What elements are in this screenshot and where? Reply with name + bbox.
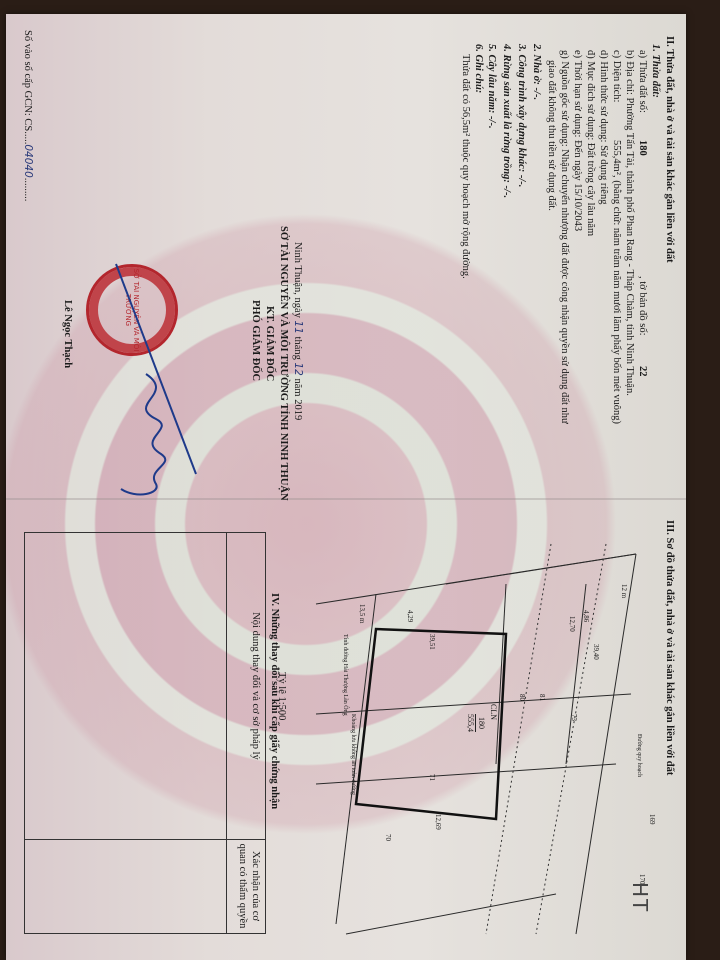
house: 2. Nhà ở: -/-. bbox=[530, 44, 543, 100]
parcel-label-code: CLN bbox=[488, 704, 498, 720]
position-title: PHÓ GIÁM ĐỐC bbox=[249, 300, 262, 381]
certificate-paper: II. Thửa đất, nhà ở và tài sản khác gắn … bbox=[6, 14, 686, 960]
notes-heading: 6. Ghi chú: bbox=[472, 44, 485, 93]
road-label-front: Đường quy hoạch bbox=[635, 734, 643, 777]
signature bbox=[96, 254, 216, 514]
land-heading: 1. Thửa đất: bbox=[649, 44, 662, 98]
registry-value: 04040 bbox=[22, 144, 34, 177]
neighbor-81: 81 bbox=[537, 694, 546, 701]
issue-day: 11 bbox=[292, 321, 304, 334]
notes-text: Thửa đất có 56,5m² thuộc quy hoạch mở rộ… bbox=[459, 54, 472, 279]
col-content-header: Nội dung thay đổi và cơ sở pháp lý bbox=[248, 533, 261, 839]
origin-line-2: giao đất không thu tiền sử dụng đất. bbox=[545, 60, 558, 211]
rotated-content: II. Thửa đất, nhà ở và tài sản khác gắn … bbox=[6, 14, 686, 960]
area-value: 555,4m², (bằng chữ: năm trăm năm mươi lă… bbox=[610, 140, 623, 424]
edge-short-2: 4,29 bbox=[405, 610, 414, 622]
neighbor-70: 70 bbox=[383, 834, 392, 841]
section-ii-title: II. Thửa đất, nhà ở và tài sản khác gắn … bbox=[663, 36, 676, 263]
changes-table: IV. Những thay đổi sau khi cấp giấy chứn… bbox=[24, 532, 266, 934]
neighbor-71: 71 bbox=[427, 774, 436, 781]
neighbor-73: 73 bbox=[569, 714, 578, 721]
road-width-front: 12 m bbox=[619, 584, 628, 598]
perennial-trees: 5. Cây lâu năm: -/-. bbox=[485, 44, 498, 129]
road-width-back: 13,5 m bbox=[357, 604, 366, 623]
edge-top: 39,40 bbox=[591, 644, 600, 660]
edge-left-front: 12,70 bbox=[567, 616, 576, 632]
usage-form: d) Hình thức sử dụng: Sử dụng riêng bbox=[597, 50, 610, 204]
registry-number: Số vào sổ cấp GCN: CS.....04040......... bbox=[21, 30, 34, 201]
parcel-number: 180 bbox=[636, 140, 649, 156]
neighbor-80: 80 bbox=[517, 694, 526, 701]
issue-month: 12 bbox=[292, 363, 304, 376]
edge-bottom: 39,51 bbox=[427, 634, 436, 650]
signer-name: Lê Ngọc Thạch bbox=[61, 300, 74, 368]
map-sheet-label: , tờ bản đồ số: bbox=[636, 276, 649, 336]
parcel-label-number: 180 555,4 bbox=[465, 714, 486, 732]
edge-short-1: 4,86 bbox=[581, 610, 590, 622]
road-label-back: Tỉnh đường Hải Thượng Lãn Ông bbox=[341, 634, 349, 716]
usage-purpose: đ) Mục đích sử dụng: Đất trồng cây lâu n… bbox=[584, 50, 597, 236]
safety-corridor: Khoảng lưu không an toàn đường bbox=[349, 714, 357, 795]
neighbor-169: 169 bbox=[647, 814, 656, 825]
section-iv-title: IV. Những thay đổi sau khi cấp giấy chứn… bbox=[268, 593, 281, 809]
col-confirm-header: Xác nhận của cơ quan có thẩm quyền bbox=[236, 841, 261, 931]
handwritten-mark: HT bbox=[627, 882, 652, 913]
on-behalf-title: KT. GIÁM ĐỐC bbox=[263, 306, 276, 381]
issue-date: Ninh Thuận, ngày 11 tháng 12 năm 2019 bbox=[291, 242, 304, 420]
other-construction: 3. Công trình xây dựng khác: -/-. bbox=[515, 44, 528, 187]
map-sheet-number: 22 bbox=[636, 366, 649, 377]
table-divider bbox=[25, 839, 265, 840]
section-iii-title: III. Sơ đồ thửa đất, nhà ở và tài sản kh… bbox=[663, 520, 676, 775]
issuing-agency: SỞ TÀI NGUYÊN VÀ MÔI TRƯỜNG TỈNH NINH TH… bbox=[277, 226, 290, 501]
origin-line-1: g) Nguồn gốc sử dụng: Nhận chuyển nhượng… bbox=[558, 50, 571, 424]
parcel-diagram bbox=[306, 514, 646, 954]
area-label: c) Diện tích: bbox=[610, 50, 623, 102]
production-forest: 4. Rừng sản xuất là rừng trồng: -/-. bbox=[500, 44, 513, 198]
address: b) Địa chỉ: Phường Tấn Tài, thành phố Ph… bbox=[623, 50, 636, 396]
usage-term: e) Thời hạn sử dụng: Đến ngày 15/10/2043 bbox=[571, 50, 584, 231]
parcel-label: a) Thửa đất số: bbox=[636, 50, 649, 113]
edge-right-back: 12,69 bbox=[433, 814, 442, 830]
